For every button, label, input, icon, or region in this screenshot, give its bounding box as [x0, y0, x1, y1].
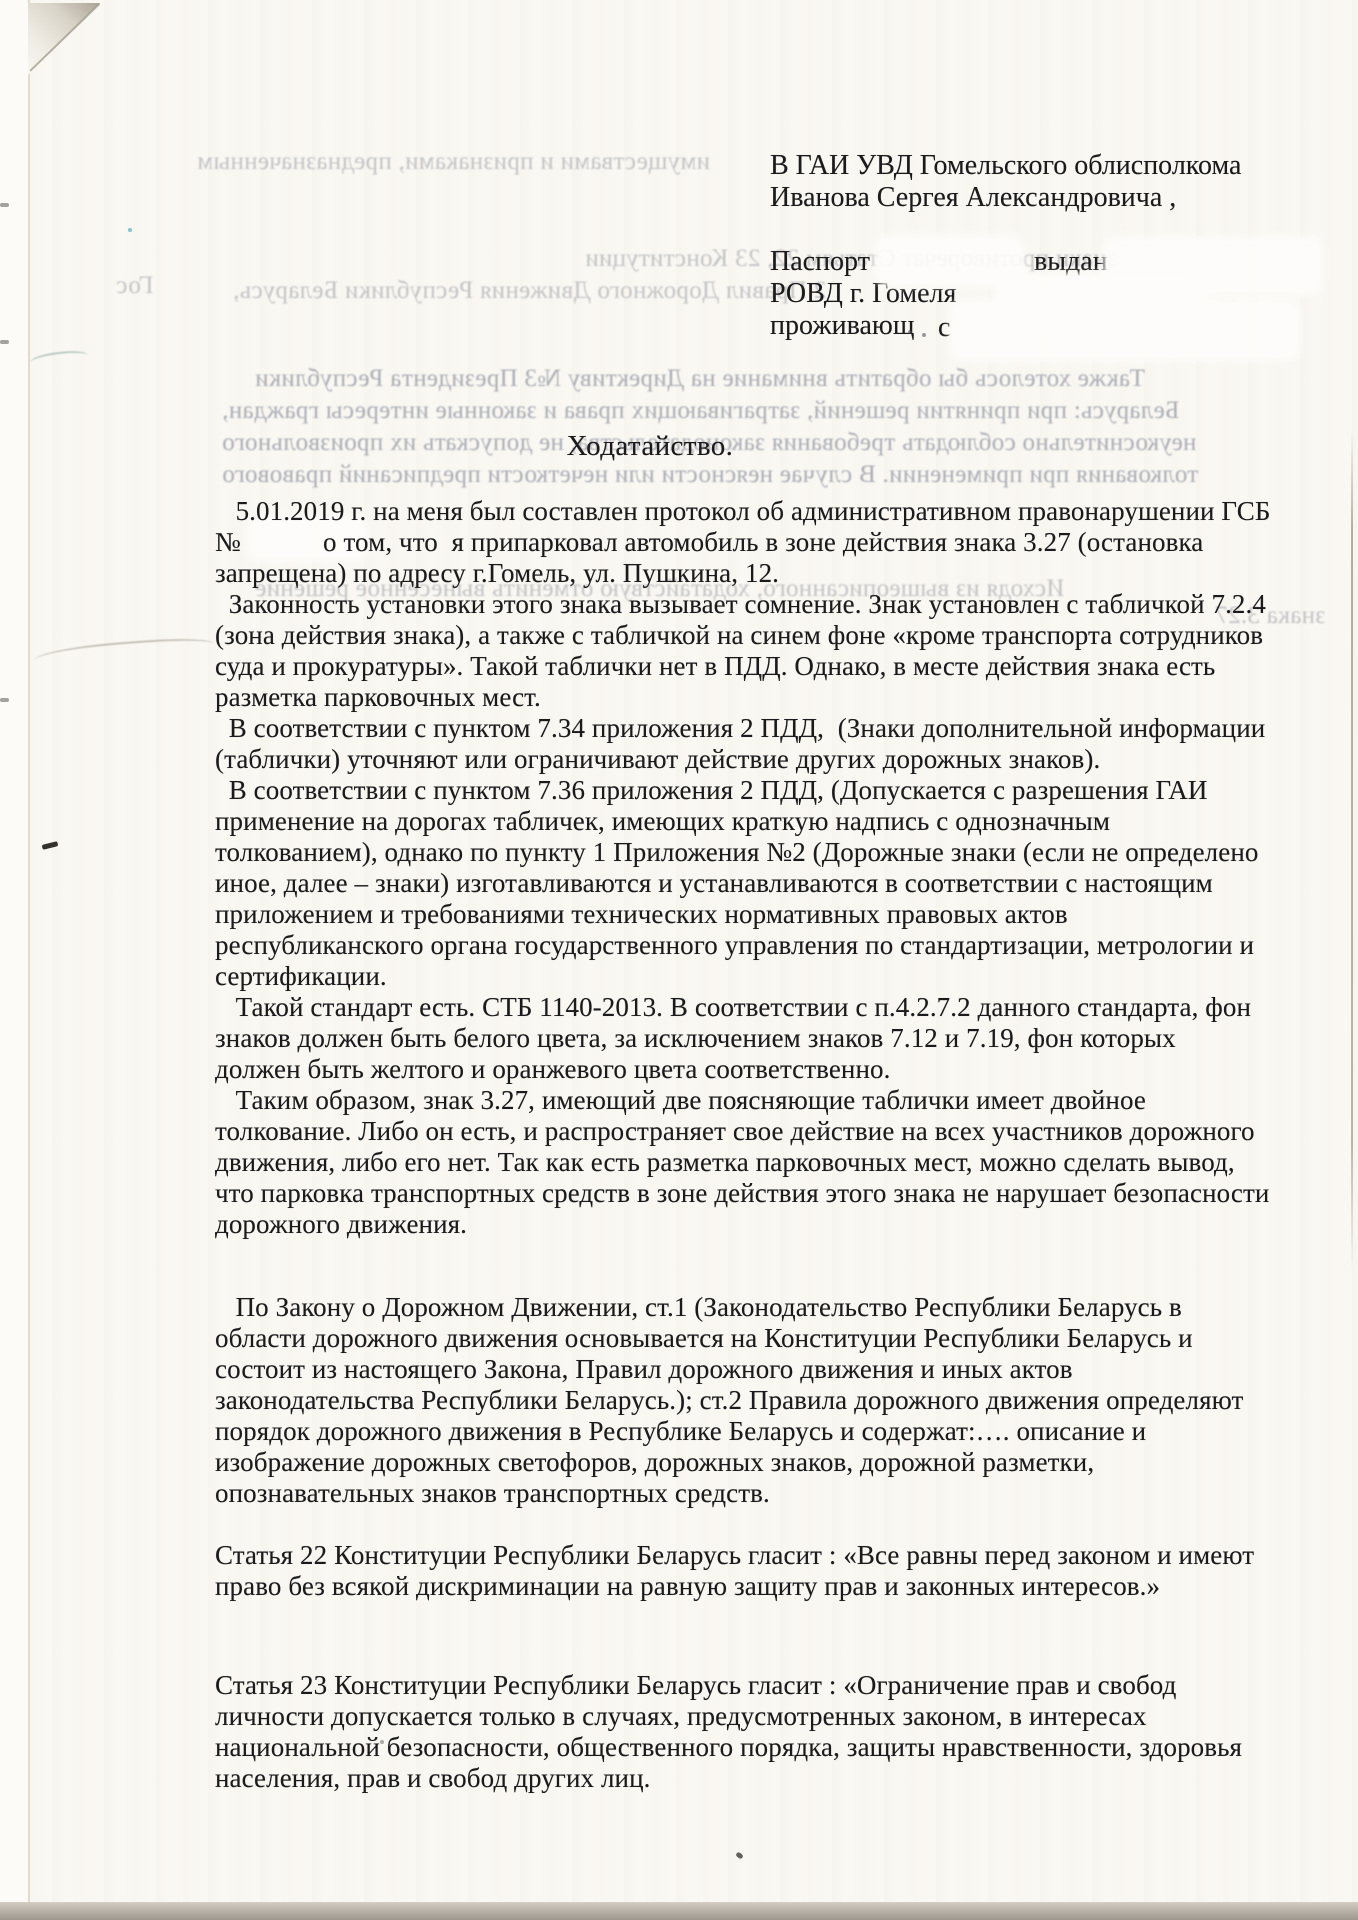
passport-label: Паспорт [770, 246, 870, 278]
paragraph-conclusion-sign: Таким образом, знак 3.27, имеющий две по… [215, 1085, 1340, 1240]
paragraph-sign-legality: Законность установки этого знака вызывае… [215, 589, 1340, 713]
paragraph-article-22: Статья 22 Конституции Республики Беларус… [215, 1540, 1340, 1602]
bleedthrough-line: Также хотелось бы обратить внимание на Д… [255, 365, 1145, 393]
passport-issuer: РОВД г. Гомеля [770, 278, 956, 310]
bleedthrough-line: Беларусь: при принятии решений, затрагив… [222, 397, 1179, 425]
bleedthrough-line: 2 Правил Дорожного Движения Республики Б… [233, 277, 826, 305]
paragraph-clause-7-36: В соответствии с пунктом 7.36 приложения… [215, 775, 1340, 992]
ink-smudge [42, 841, 59, 850]
redaction-passport-number [880, 240, 1020, 282]
residing-label: проживающ [770, 310, 914, 342]
passport-issued-label: выдан [1034, 246, 1108, 278]
crease-mark [29, 349, 88, 370]
bleedthrough-fragment: Гос [116, 272, 153, 300]
scanner-bottom-band [0, 1902, 1358, 1920]
bleedthrough-line: имуществами и признаками, предназначенны… [197, 148, 710, 176]
edge-mark [0, 698, 9, 702]
bleedthrough-line: толкования при применении. В случае неяс… [222, 461, 1198, 489]
applicant-name: Иванова Сергея Александровича , [770, 182, 1176, 214]
residing-fragment: с [938, 312, 950, 344]
paragraph-clause-7-34: В соответствии с пунктом 7.34 приложения… [215, 713, 1340, 775]
scanner-left-margin [0, 0, 28, 1920]
paper-speck [735, 1851, 744, 1859]
ink-dot [128, 228, 132, 232]
scanner-edge-line [1351, 430, 1353, 1270]
recipient-office: В ГАИ УВД Гомельского облисполкома [770, 150, 1241, 182]
edge-mark [0, 340, 9, 344]
page-title: Ходатайство. [460, 430, 840, 463]
paragraph-standard-stb: Такой стандарт есть. СТБ 1140-2013. В со… [215, 992, 1340, 1085]
paragraph-protocol: 5.01.2019 г. на меня был составлен прото… [215, 496, 1340, 589]
crease-mark [33, 636, 214, 671]
redaction-address [955, 304, 1295, 356]
whiteout-residue [908, 330, 912, 334]
edge-mark [0, 203, 9, 207]
scanned-document-page: имуществами и признаками, предназначенны… [0, 0, 1358, 1920]
whiteout-residue [922, 333, 926, 337]
paper-edge-line [28, 0, 30, 1920]
paragraph-article-23: Статья 23 Конституции Республики Беларус… [215, 1670, 1340, 1794]
paragraph-traffic-law: По Закону о Дорожном Движении, ст.1 (Зак… [215, 1292, 1340, 1509]
